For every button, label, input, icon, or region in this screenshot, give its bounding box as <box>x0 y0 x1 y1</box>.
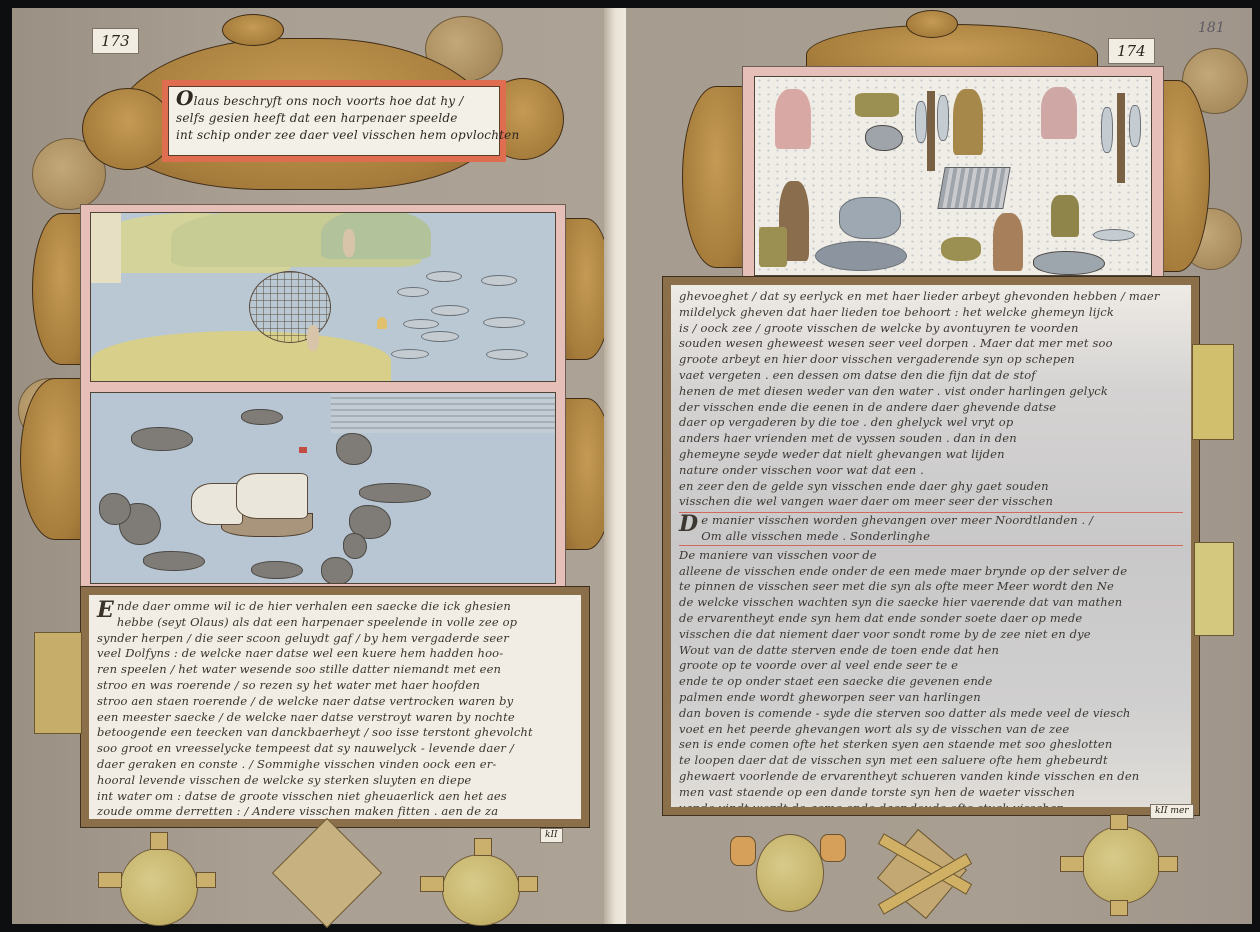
text-line: Wout van de datte sterven ende de toen e… <box>679 643 1183 659</box>
ornament-panel-icon <box>1192 344 1234 440</box>
text-line: zoude omme derretten : / Andere visschen… <box>97 804 573 819</box>
sea-monster-icon <box>321 557 353 584</box>
footer-mark-right: kII mer <box>1150 804 1194 819</box>
hanging-fish-icon <box>915 101 927 143</box>
diamond-ornament-icon <box>272 818 382 928</box>
tab-ornament <box>820 834 846 862</box>
text-line: te loopen daer dat de visschen syn met e… <box>679 753 1183 769</box>
text-line: groote op te voorde over al veel ende se… <box>679 658 1183 674</box>
text-line: souden wesen gheweest wesen seer veel do… <box>679 336 1183 352</box>
whale-icon <box>241 409 283 425</box>
cartouche-initial: O <box>176 86 194 110</box>
whale-icon <box>131 427 193 451</box>
fish-pile-icon <box>839 197 901 239</box>
fish-processing-scene <box>754 76 1152 276</box>
whale-icon <box>143 551 205 571</box>
text-line: daer op vergaderen by die toe . den ghel… <box>679 415 1183 431</box>
text-line: hebbe (seyt Olaus) als dat een harpenaer… <box>97 615 573 631</box>
whale-icon <box>251 561 303 579</box>
text-line: de welcke visschen wachten syn die saeck… <box>679 595 1183 611</box>
tall-basket-icon <box>1051 195 1079 237</box>
round-disc-ornament-icon <box>120 848 198 926</box>
sea-monster-icon <box>336 433 372 465</box>
text-line: daer geraken en conste . / Sommighe viss… <box>97 757 573 773</box>
fish-icon <box>397 287 429 297</box>
man-running-figure-icon <box>1041 87 1077 139</box>
text-line: soo groot en vreesselycke tempeest dat s… <box>97 741 573 757</box>
round-disc-ornament-icon <box>756 834 824 912</box>
text-line: mildelyck gheven dat haer lieden toe beh… <box>679 305 1183 321</box>
text-line: nde daer omme wil ic de hier verhalen ee… <box>97 599 573 615</box>
text-line: synder herpen / die seer scoon geluydt g… <box>97 631 573 647</box>
text-line: visschen die wel vangen waer daer om mee… <box>679 494 1183 510</box>
rubric-line: e manier visschen worden ghevangen over … <box>679 513 1183 529</box>
text-line: ren speelen / het water wesende soo stil… <box>97 662 573 678</box>
fish-trap-icon <box>937 167 1010 209</box>
text-line: anders haer vrienden met de vyssen soude… <box>679 431 1183 447</box>
tab-ornament <box>150 832 168 850</box>
text-block-left: E nde daer omme wil ic de hier verhalen … <box>80 586 590 828</box>
fish-icon <box>391 349 429 359</box>
folio-number-right: 174 <box>1108 38 1155 64</box>
man-walking-figure-icon <box>953 89 983 155</box>
basket-icon <box>941 237 981 261</box>
text-line: stroo en was roerende / so rezen sy het … <box>97 678 573 694</box>
fish-icon <box>431 305 469 316</box>
hanging-fish-icon <box>1129 105 1141 147</box>
text-line: ende te op onder staet een saecke die ge… <box>679 674 1183 690</box>
hanging-fish-icon <box>937 95 949 141</box>
text-line: alleene de visschen ende onder de een me… <box>679 564 1183 580</box>
text-line: een meester saecke / de welcke naer dats… <box>97 710 573 726</box>
manuscript-spread: 173 Olaus beschryft ons noch voorts hoe … <box>12 8 1254 924</box>
sea-monster-icon <box>343 533 367 559</box>
rubric-initial: D <box>679 513 698 535</box>
woman-splitting-fish-figure-icon <box>775 89 811 149</box>
fish-icon <box>1093 229 1135 241</box>
text-block-right: ghevoeghet / dat sy eerlyck en met haer … <box>662 276 1200 816</box>
text-line: ghemeyne seyde weder dat nielt ghevangen… <box>679 447 1183 463</box>
left-page: 173 Olaus beschryft ons noch voorts hoe … <box>12 8 618 924</box>
round-disc-ornament-icon <box>1082 826 1160 904</box>
fishing-with-net-scene <box>90 212 556 382</box>
fish-icon <box>403 319 439 329</box>
drying-rack-icon <box>1117 93 1125 183</box>
tab-ornament <box>474 838 492 856</box>
pencil-folio-number: 181 <box>1198 20 1225 36</box>
right-page: 174 181 <box>626 8 1252 924</box>
stingray-icon <box>815 241 907 271</box>
fish-icon <box>421 331 459 342</box>
text-line: stroo aen staen roerende / de welcke nae… <box>97 694 573 710</box>
text-line: ghevoeghet / dat sy eerlyck en met haer … <box>679 289 1183 305</box>
text-line: betoogende een teecken van danckbaerheyt… <box>97 725 573 741</box>
text-line: vande vindt wordt de geme ende daer doud… <box>679 801 1183 808</box>
text-line: int water om : datse de groote visschen … <box>97 789 573 805</box>
round-disc-ornament-icon <box>442 854 520 926</box>
fish-icon <box>486 349 528 360</box>
side-bracket-ornament-icon <box>682 86 750 268</box>
tab-ornament <box>730 836 756 866</box>
tent <box>91 213 121 283</box>
tab-ornament <box>196 872 216 888</box>
text-line: hooral levende visschen de welcke sy ste… <box>97 773 573 789</box>
stingray-icon <box>865 125 903 151</box>
tab-ornament <box>1110 900 1128 916</box>
crest-ornament-icon <box>222 14 284 46</box>
hill <box>321 212 431 259</box>
bell-icon <box>377 317 387 329</box>
sailing-ship-icon <box>191 463 331 543</box>
text-line: dan boven is comende - syde die sterven … <box>679 706 1183 722</box>
cartouche-line: int schip onder zee daer veel visschen h… <box>176 128 519 142</box>
hill <box>91 331 391 382</box>
text-line: veel Dolfyns : de welcke naer datse wel … <box>97 646 573 662</box>
tab-ornament <box>1060 856 1084 872</box>
text-line: visschen die dat niement daer voor sondt… <box>679 627 1183 643</box>
title-cartouche: Olaus beschryft ons noch voorts hoe dat … <box>162 80 506 162</box>
text-line: de ervarentheyt ende syn hem dat ende so… <box>679 611 1183 627</box>
tab-ornament <box>518 876 538 892</box>
waves <box>331 393 555 433</box>
man-splitting-fish-figure-icon <box>993 213 1023 271</box>
ship-among-sea-monsters-scene <box>90 392 556 584</box>
text-body-right: ghevoeghet / dat sy eerlyck en met haer … <box>671 285 1191 807</box>
tab-ornament <box>1158 856 1178 872</box>
text-line: De maniere van visschen voor de <box>679 548 1183 564</box>
text-line: ghewaert voorlende de ervarentheyt schue… <box>679 769 1183 785</box>
tab-ornament <box>98 872 122 888</box>
text-line: vaet vergeten . een dessen om datse den … <box>679 368 1183 384</box>
text-line: nature onder visschen voor wat dat een . <box>679 463 1183 479</box>
text-line: en zeer den de gelde syn visschen ende d… <box>679 479 1183 495</box>
cartouche-line: selfs gesien heeft dat een harpenaer spe… <box>176 111 458 125</box>
tab-ornament <box>420 876 444 892</box>
text-line: palmen ende wordt gheworpen seer van har… <box>679 690 1183 706</box>
fish-icon <box>426 271 462 282</box>
rubric-line: Om alle visschen mede . Sonderlinghe <box>679 529 1183 545</box>
tab-ornament <box>1110 814 1128 830</box>
text-line: voet en het peerde ghevangen wort als sy… <box>679 722 1183 738</box>
cartouche-line: laus beschryft ons noch voorts hoe dat h… <box>194 94 464 108</box>
stingray-icon <box>1033 251 1105 275</box>
fish-icon <box>483 317 525 328</box>
rubric-heading: D e manier visschen worden ghevangen ove… <box>679 512 1183 546</box>
text-line: sen is ende comen ofte het sterken syen … <box>679 737 1183 753</box>
text-line: is / oock zee / groote visschen de welck… <box>679 321 1183 337</box>
text-line: men vast staende op een dande torste syn… <box>679 785 1183 801</box>
footer-mark-left: kII <box>540 828 563 843</box>
text-line: henen de met diesen weder van den water … <box>679 384 1183 400</box>
hanging-fish-icon <box>1101 107 1113 153</box>
fisherman-figure-icon <box>343 229 355 257</box>
text-line: groote arbeyt en hier door visschen verg… <box>679 352 1183 368</box>
crest-ornament-icon <box>906 10 958 38</box>
folio-number-left: 173 <box>92 28 139 54</box>
text-initial: E <box>97 599 114 621</box>
text-line: te pinnen de visschen seer met die syn a… <box>679 579 1183 595</box>
drying-rack-icon <box>927 91 935 171</box>
text-line: der visschen ende die eenen in de andere… <box>679 400 1183 416</box>
ornament-panel-icon <box>1194 542 1234 636</box>
whale-icon <box>359 483 431 503</box>
ornament-panel-icon <box>34 632 82 734</box>
fisherman-figure-icon <box>307 325 319 351</box>
fish-icon <box>481 275 517 286</box>
scrollwork-ornament-icon <box>82 88 174 170</box>
text-body-left: E nde daer omme wil ic de hier verhalen … <box>89 595 581 819</box>
sea-monster-icon <box>99 493 131 525</box>
basket-icon <box>855 93 899 117</box>
basket-icon <box>759 227 787 267</box>
